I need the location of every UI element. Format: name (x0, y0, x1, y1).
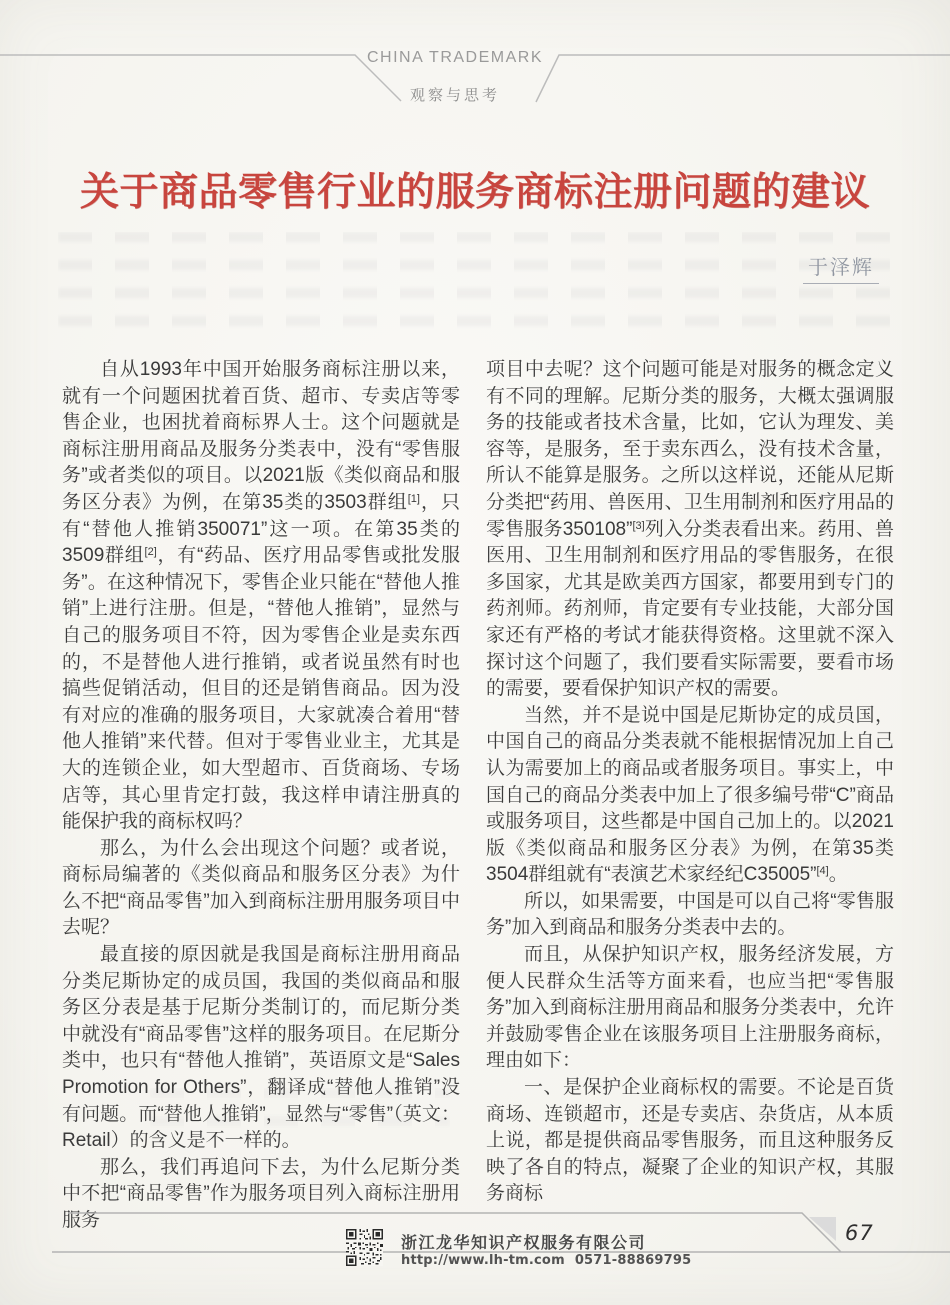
body-paragraph: 而且，从保护知识产权，服务经济发展，方便人民群众生活等方面来看，也应当把“零售服… (486, 942, 894, 1075)
page-corner-triangle (809, 1217, 836, 1241)
footnote-ref: [2] (145, 546, 157, 558)
footer-phone: 0571-88869795 (575, 1253, 692, 1268)
author-name: 于泽辉 (803, 251, 879, 284)
body-paragraph: 一、是保护企业商标权的需要。不论是百货商场、连锁超市，还是专卖店、杂货店，从本质… (486, 1075, 894, 1208)
article-column-right: 项目中去呢？这个问题可能是对服务的概念定义有不同的理解。尼斯分类的服务，大概太强… (486, 357, 894, 1208)
footnote-ref: [1] (408, 493, 420, 505)
body-paragraph: 最直接的原因就是我国是商标注册用商品分类尼斯协定的成员国，我国的类似商品和服务区… (62, 942, 460, 1155)
bleed-through-texture (58, 232, 892, 344)
body-paragraph: 项目中去呢？这个问题可能是对服务的概念定义有不同的理解。尼斯分类的服务，大概太强… (486, 357, 894, 703)
article-column-left: 自从1993年中国开始服务商标注册以来，就有一个问题困扰着百货、超市、专卖店等零… (62, 357, 460, 1235)
footer-contact: http://www.lh-tm.com0571-88869795 (401, 1253, 691, 1268)
magazine-title: CHINA TRADEMARK (330, 49, 580, 67)
footer-company-name: 浙江龙华知识产权服务有限公司 (401, 1230, 646, 1253)
footnote-ref: [4] (816, 865, 828, 877)
footer-website: http://www.lh-tm.com (401, 1253, 565, 1268)
section-name: 观察与思考 (330, 84, 580, 105)
body-paragraph: 所以，如果需要，中国是可以自己将“零售服务”加入到商品和服务分类表中去的。 (486, 889, 894, 942)
magazine-page: CHINA TRADEMARK 观察与思考 关于商品零售行业的服务商标注册问题的… (0, 0, 950, 1305)
page-number: 67 (845, 1221, 874, 1245)
article-title: 关于商品零售行业的服务商标注册问题的建议 (0, 161, 950, 217)
body-paragraph: 那么，为什么会出现这个问题？或者说，商标局编著的《类似商品和服务区分表》为什么不… (62, 836, 460, 942)
body-paragraph: 自从1993年中国开始服务商标注册以来，就有一个问题困扰着百货、超市、专卖店等零… (62, 357, 460, 836)
qr-code-icon (346, 1229, 383, 1266)
body-paragraph: 当然，并不是说中国是尼斯协定的成员国，中国自己的商品分类表就不能根据情况加上自己… (486, 703, 894, 889)
footnote-ref: [3] (632, 520, 644, 532)
